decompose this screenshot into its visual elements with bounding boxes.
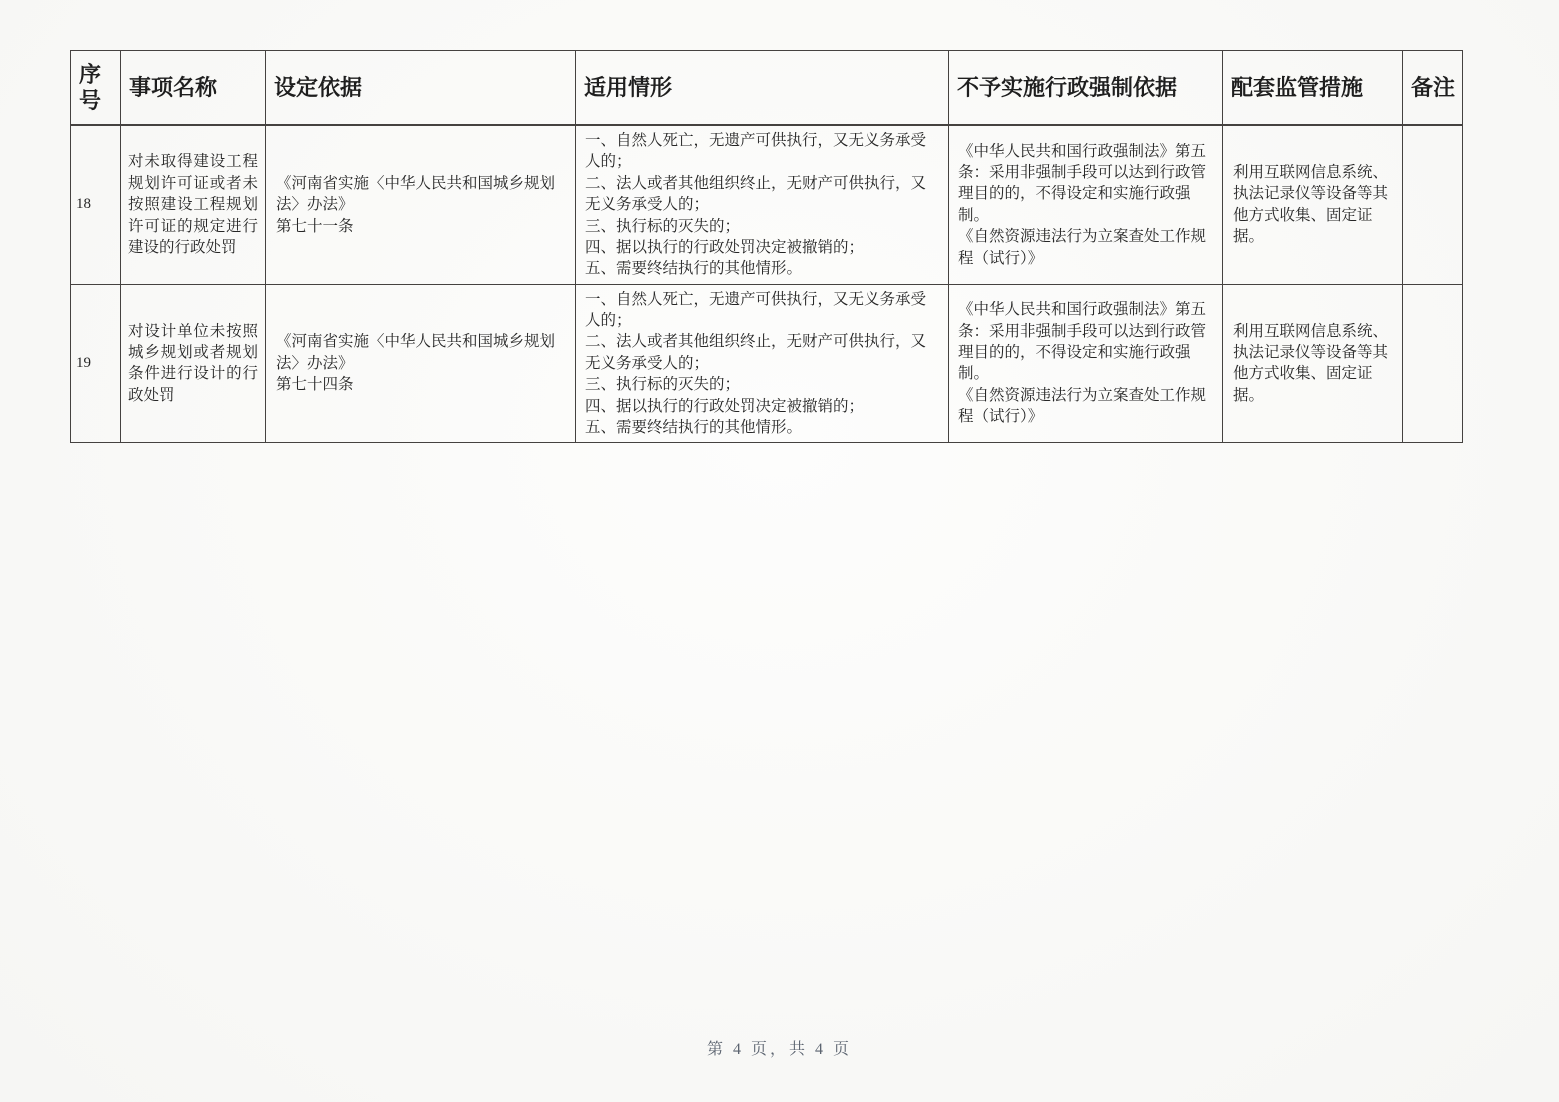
cell-no-enforcement-basis: 《中华人民共和国行政强制法》第五条：采用非强制手段可以达到行政管理目的的，不得设… (949, 125, 1223, 284)
col-header-remarks: 备注 (1403, 51, 1463, 126)
cell-item-name: 对设计单位未按照城乡规划或者规划条件进行设计的行政处罚 (121, 284, 266, 443)
col-header-serial-number: 序号 (71, 51, 121, 126)
cell-supervision-measures: 利用互联网信息系统、执法记录仪等设备等其他方式收集、固定证据。 (1223, 125, 1403, 284)
administrative-enforcement-items-table: 序号 事项名称 设定依据 适用情形 不予实施行政强制依据 配套监管措施 备注 1… (70, 50, 1463, 443)
cell-serial-number: 18 (71, 125, 121, 284)
col-header-supervision-measures: 配套监管措施 (1223, 51, 1403, 126)
cell-remark (1403, 125, 1463, 284)
table-row: 18 对未取得建设工程规划许可证或者未按照建设工程规划许可证的规定进行建设的行政… (71, 125, 1463, 284)
cell-supervision-measures: 利用互联网信息系统、执法记录仪等设备等其他方式收集、固定证据。 (1223, 284, 1403, 443)
cell-setting-basis: 《河南省实施〈中华人民共和国城乡规划法〉办法》 第七十一条 (266, 125, 576, 284)
col-header-item-name: 事项名称 (121, 51, 266, 126)
table-row: 19 对设计单位未按照城乡规划或者规划条件进行设计的行政处罚 《河南省实施〈中华… (71, 284, 1463, 443)
cell-no-enforcement-basis: 《中华人民共和国行政强制法》第五条：采用非强制手段可以达到行政管理目的的，不得设… (949, 284, 1223, 443)
page-number-footer: 第 4 页，共 4 页 (0, 1036, 1559, 1059)
cell-item-name: 对未取得建设工程规划许可证或者未按照建设工程规划许可证的规定进行建设的行政处罚 (121, 125, 266, 284)
cell-setting-basis: 《河南省实施〈中华人民共和国城乡规划法〉办法》 第七十四条 (266, 284, 576, 443)
table-header-row: 序号 事项名称 设定依据 适用情形 不予实施行政强制依据 配套监管措施 备注 (71, 51, 1463, 126)
cell-serial-number: 19 (71, 284, 121, 443)
cell-applicable-situations: 一、自然人死亡，无遗产可供执行，又无义务承受人的； 二、法人或者其他组织终止，无… (576, 125, 949, 284)
cell-remark (1403, 284, 1463, 443)
col-header-setting-basis: 设定依据 (266, 51, 576, 126)
col-header-no-enforcement-basis: 不予实施行政强制依据 (949, 51, 1223, 126)
cell-applicable-situations: 一、自然人死亡，无遗产可供执行，又无义务承受人的； 二、法人或者其他组织终止，无… (576, 284, 949, 443)
col-header-applicable-situations: 适用情形 (576, 51, 949, 126)
